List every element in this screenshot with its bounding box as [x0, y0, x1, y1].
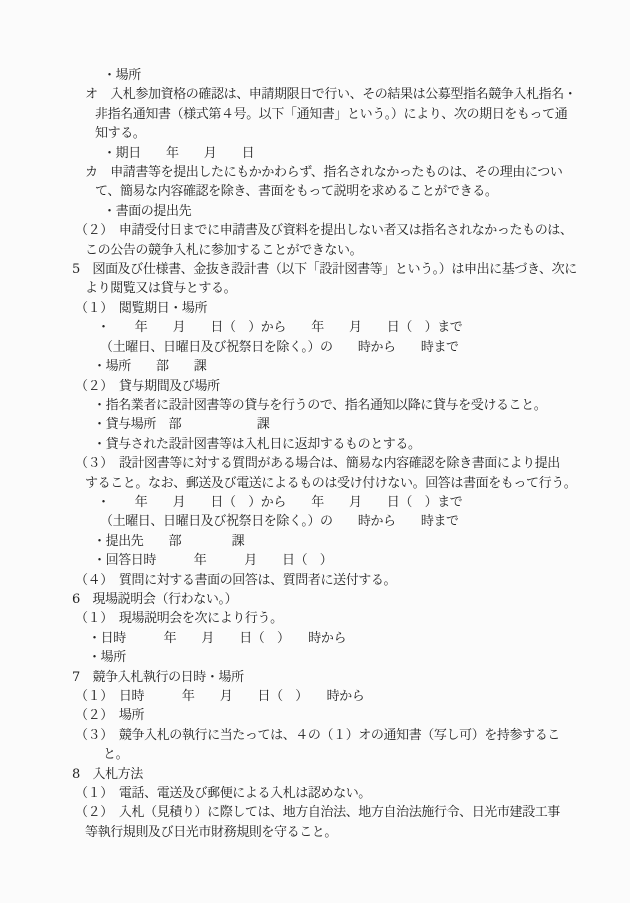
doc-line: ・書面の提出先: [0, 202, 630, 221]
doc-line: ・貸与場所 部 課: [0, 415, 630, 434]
document-page: ・場所 オ 入札参加資格の確認は、申請期限日で行い、その結果は公募型指名競争入札…: [0, 0, 630, 903]
doc-line: 5 図面及び仕様書、金抜き設計書（以下「設計図書等」という。）は申出に基づき、次…: [0, 260, 630, 279]
doc-line: （４） 質問に対する書面の回答は、質問者に送付する。: [0, 571, 630, 590]
doc-line: 8 入札方法: [0, 765, 630, 784]
doc-line: 等執行規則及び日光市財務規則を守ること。: [0, 823, 630, 842]
doc-line: （土曜日、日曜日及び祝祭日を除く。）の 時から 時まで: [0, 512, 630, 531]
doc-line: 非指名通知書（様式第４号。以下「通知書」という。）により、次の期日をもって通: [0, 105, 630, 124]
doc-line: （２） 場所: [0, 706, 630, 725]
doc-line: 6 現場説明会（行わない。）: [0, 590, 630, 609]
doc-line: （２） 貸与期間及び場所: [0, 377, 630, 396]
doc-line: ・期日 年 月 日: [0, 144, 630, 163]
doc-line: （１） 閲覧期日・場所: [0, 299, 630, 318]
doc-line: （１） 電話、電送及び郵便による入札は認めない。: [0, 784, 630, 803]
doc-line: オ 入札参加資格の確認は、申請期限日で行い、その結果は公募型指名競争入札指名・: [0, 85, 630, 104]
doc-line: ・場所: [0, 66, 630, 85]
doc-line: より閲覧又は貸与とする。: [0, 279, 630, 298]
doc-line: （３） 設計図書等に対する質問がある場合は、簡易な内容確認を除き書面により提出: [0, 454, 630, 473]
doc-line: ・回答日時 年 月 日（ ）: [0, 551, 630, 570]
doc-line: ・日時 年 月 日（ ） 時から: [0, 629, 630, 648]
doc-line: （１） 現場説明会を次により行う。: [0, 609, 630, 628]
document-body: ・場所 オ 入札参加資格の確認は、申請期限日で行い、その結果は公募型指名競争入札…: [0, 66, 630, 842]
doc-line: （３） 競争入札の執行に当たっては、４の（１）オの通知書（写し可）を持参するこ: [0, 726, 630, 745]
doc-line: 知する。: [0, 124, 630, 143]
doc-line: ・提出先 部 課: [0, 532, 630, 551]
doc-line: すること。なお、郵送及び電送によるものは受け付けない。回答は書面をもって行う。: [0, 474, 630, 493]
doc-line: と。: [0, 745, 630, 764]
doc-line: ・ 年 月 日（ ）から 年 月 日（ ）まで: [0, 318, 630, 337]
doc-line: この公告の競争入札に参加することができない。: [0, 241, 630, 260]
doc-line: て、簡易な内容確認を除き、書面をもって説明を求めることができる。: [0, 182, 630, 201]
doc-line: （２） 申請受付日までに申請書及び資料を提出しない者又は指名されなかったものは、: [0, 221, 630, 240]
doc-line: （土曜日、日曜日及び祝祭日を除く。）の 時から 時まで: [0, 338, 630, 357]
doc-line: ・指名業者に設計図書等の貸与を行うので、指名通知以降に貸与を受けること。: [0, 396, 630, 415]
doc-line: ・ 年 月 日（ ）から 年 月 日（ ）まで: [0, 493, 630, 512]
doc-line: （１） 日時 年 月 日（ ） 時から: [0, 687, 630, 706]
doc-line: 7 競争入札執行の日時・場所: [0, 668, 630, 687]
doc-line: （２） 入札（見積り）に際しては、地方自治法、地方自治法施行令、日光市建設工事: [0, 803, 630, 822]
doc-line: ・場所 部 課: [0, 357, 630, 376]
doc-line: カ 申請書等を提出したにもかかわらず、指名されなかったものは、その理由につい: [0, 163, 630, 182]
doc-line: ・場所: [0, 648, 630, 667]
doc-line: ・貸与された設計図書等は入札日に返却するものとする。: [0, 435, 630, 454]
